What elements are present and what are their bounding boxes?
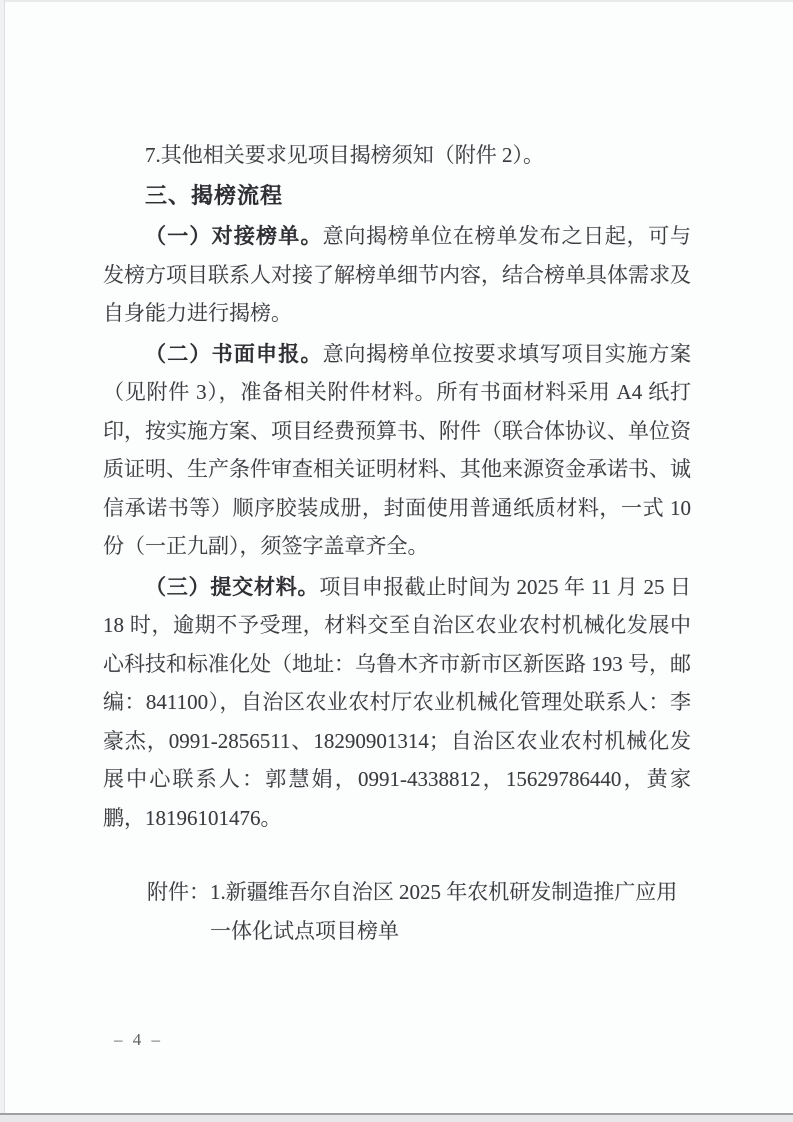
- paragraph-body-3: 项目申报截止时间为 2025 年 11 月 25 日 18 时，逾期不予受理，材…: [103, 575, 691, 830]
- paragraph-lead-1: （一）对接榜单。: [145, 224, 323, 248]
- scan-edge-bottom: [0, 1113, 793, 1122]
- attachment-block: 附件： 1.新疆维吾尔自治区 2025 年农机研发制造推广应用一体化试点项目榜单: [103, 873, 691, 950]
- paragraph-lead-2: （二）书面申报。: [145, 342, 323, 366]
- paragraph-written-application: （二）书面申报。意向揭榜单位按要求填写项目实施方案（见附件 3），准备相关附件材…: [103, 335, 691, 566]
- list-item-7: 7.其他相关要求见项目揭榜须知（附件 2）。: [103, 136, 691, 175]
- attachment-label: 附件：: [147, 873, 210, 912]
- scanned-document-page: { "page": { "number": "– 4 –", "backgrou…: [0, 0, 793, 1122]
- scan-edge-left: [0, 0, 5, 1122]
- page-number: – 4 –: [114, 1030, 163, 1050]
- scan-edge-top: [0, 0, 793, 2]
- paragraph-submit-materials: （三）提交材料。项目申报截止时间为 2025 年 11 月 25 日 18 时，…: [103, 568, 691, 838]
- attachment-item-1: 1.新疆维吾尔自治区 2025 年农机研发制造推广应用一体化试点项目榜单: [210, 873, 688, 950]
- paragraph-body-2: 意向揭榜单位按要求填写项目实施方案（见附件 3），准备相关附件材料。所有书面材料…: [103, 342, 691, 559]
- paragraph-docking-list: （一）对接榜单。意向揭榜单位在榜单发布之日起，可与发榜方项目联系人对接了解榜单细…: [103, 217, 691, 333]
- attachment-items: 1.新疆维吾尔自治区 2025 年农机研发制造推广应用一体化试点项目榜单: [210, 873, 688, 950]
- document-body: 7.其他相关要求见项目揭榜须知（附件 2）。 三、揭榜流程 （一）对接榜单。意向…: [103, 136, 691, 950]
- paragraph-lead-3: （三）提交材料。: [145, 575, 319, 599]
- section-heading-3: 三、揭榜流程: [103, 177, 691, 216]
